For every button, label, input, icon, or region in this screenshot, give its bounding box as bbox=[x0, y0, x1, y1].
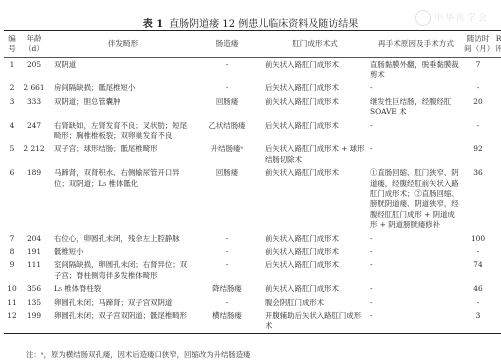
cell-reoperation: - bbox=[366, 310, 463, 334]
cell-stoma: 升结肠瘘ᵃ bbox=[193, 143, 261, 167]
cell-rintala bbox=[493, 310, 501, 334]
cell-malformation: 卵圆孔未闭；双子宫双阴道；骶尾椎畸形 bbox=[48, 310, 193, 334]
table-row: 3333双阴道；胆总管囊肿回肠瘘前矢状入路肛门成形术继发性巨结肠，经腹经肛 SO… bbox=[4, 95, 501, 119]
cell-malformation: 马蹄肾，双肾积水、右侧输尿管开口异位；双阴道；L₅ 椎体骶化 bbox=[48, 167, 193, 232]
header-rintala: Rintala 评分(分) bbox=[493, 31, 501, 58]
cell-followup: 3 bbox=[463, 310, 493, 334]
cell-surgery: 前矢状入路肛门成形术 bbox=[261, 58, 366, 82]
cell-stoma: - bbox=[193, 296, 261, 309]
table-row: 4247右肾缺如，左肾发育不良；叉状肋；短尾畸形；胸椎椎板裂；双卵巢发育不良乙状… bbox=[4, 119, 501, 143]
table-row: 8191骶椎短小-前矢状入路肛门成形术--- bbox=[4, 246, 501, 259]
cell-malformation: 双子宫；球形结肠；骶尾椎畸形 bbox=[48, 143, 193, 167]
cell-malformation: 右肾缺如，左肾发育不良；叉状肋；短尾畸形；胸椎椎板裂；双卵巢发育不良 bbox=[48, 119, 193, 143]
table-row: 11135卵圆孔未闭；马蹄肾；双子宫双阴道-腹会阴肛门成形术--- bbox=[4, 296, 501, 309]
cell-rintala: 20 bbox=[493, 283, 501, 296]
cell-age: 2 661 bbox=[20, 82, 48, 95]
cell-followup: - bbox=[463, 119, 493, 143]
cell-followup: 36 bbox=[463, 167, 493, 232]
cell-no: 9 bbox=[4, 259, 20, 283]
cell-malformation: 室间隔缺损，卵圆孔未闭；右肾异位；双子宫；脊柱侧弯伴多发椎体畸形 bbox=[48, 259, 193, 283]
cell-stoma: - bbox=[193, 232, 261, 245]
table-title: 直肠阴道瘘 12 例患儿临床资料及随访结果 bbox=[169, 19, 358, 30]
header-age: 年龄（d） bbox=[20, 31, 48, 58]
cell-followup: 74 bbox=[463, 259, 493, 283]
cell-surgery: 后矢状入路肛门成形术 + 球形结肠切除术 bbox=[261, 143, 366, 167]
table-row: 52 212双子宫；球形结肠；骶尾椎畸形升结肠瘘ᵃ后矢状入路肛门成形术 + 球形… bbox=[4, 143, 501, 167]
cell-rintala: 1 bbox=[493, 143, 501, 167]
cell-age: 205 bbox=[20, 58, 48, 82]
cell-age: 135 bbox=[20, 296, 48, 309]
cell-reoperation: - bbox=[366, 296, 463, 309]
cell-followup: - bbox=[463, 296, 493, 309]
cell-reoperation: 继发性巨结肠，经腹经肛 SOAVE 术 bbox=[366, 95, 463, 119]
header-surgery: 肛门成形术式 bbox=[261, 31, 366, 58]
cell-followup: - bbox=[463, 82, 493, 95]
header-row: 编号 年龄（d） 伴发畸形 肠造瘘 肛门成形术式 再手术原因及手术方式 随访时间… bbox=[4, 31, 501, 58]
cell-followup: 92 bbox=[463, 143, 493, 167]
header-malformation: 伴发畸形 bbox=[48, 31, 193, 58]
cell-rintala: - bbox=[493, 296, 501, 309]
cell-malformation: L₅ 椎体脊柱裂 bbox=[48, 283, 193, 296]
cell-no: 4 bbox=[4, 119, 20, 143]
cell-no: 5 bbox=[4, 143, 20, 167]
cell-reoperation: - bbox=[366, 232, 463, 245]
table-row: 1205双阴道-前矢状入路肛门成形术直肠黏膜外翻，脱垂黏膜裁剪术7- bbox=[4, 58, 501, 82]
cell-surgery: 前矢状入路肛门成形术 bbox=[261, 95, 366, 119]
header-followup: 随访时间（月） bbox=[463, 31, 493, 58]
table-row: 9111室间隔缺损，卵圆孔未闭；右肾异位；双子宫；脊柱侧弯伴多发椎体畸形-后矢状… bbox=[4, 259, 501, 283]
cell-surgery: 后矢状入路肛门成形术 bbox=[261, 259, 366, 283]
cell-followup: 7 bbox=[463, 58, 493, 82]
cell-stoma: - bbox=[193, 58, 261, 82]
cell-malformation: 卵圆孔未闭；马蹄肾；双子宫双阴道 bbox=[48, 296, 193, 309]
cell-age: 111 bbox=[20, 259, 48, 283]
cell-reoperation: - bbox=[366, 259, 463, 283]
cell-malformation: 双阴道 bbox=[48, 58, 193, 82]
table-label: 表 1 bbox=[143, 19, 163, 30]
cell-malformation: 右位心，卵圆孔未闭，残余左上腔静脉 bbox=[48, 232, 193, 245]
header-reoperation: 再手术原因及手术方式 bbox=[366, 31, 463, 58]
cell-surgery: 开腹辅助后矢状入路肛门成形术 bbox=[261, 310, 366, 334]
cell-surgery: 前矢状入路肛门成形术 bbox=[261, 167, 366, 232]
cell-no: 10 bbox=[4, 283, 20, 296]
table-row: 10356L₅ 椎体脊柱裂降结肠瘘前矢状入路肛门成形术-4620 bbox=[4, 283, 501, 296]
cell-reoperation: ①直肠回缩、肛门狭窄、阴道瘘，经腹经肛前矢状入路肛门成形术；②直肠回缩、膀胱阴道… bbox=[366, 167, 463, 232]
cell-rintala: - bbox=[493, 119, 501, 143]
header-no: 编号 bbox=[4, 31, 20, 58]
cell-age: 2 212 bbox=[20, 143, 48, 167]
cell-malformation: 房间隔缺损；骶尾椎短小 bbox=[48, 82, 193, 95]
cell-age: 356 bbox=[20, 283, 48, 296]
cell-stoma: 乙状结肠瘘 bbox=[193, 119, 261, 143]
cell-age: 247 bbox=[20, 119, 48, 143]
cell-no: 3 bbox=[4, 95, 20, 119]
cell-surgery: 前矢状入路肛门成形术 bbox=[261, 232, 366, 245]
cell-reoperation: - bbox=[366, 283, 463, 296]
cell-age: 191 bbox=[20, 246, 48, 259]
cell-no: 11 bbox=[4, 296, 20, 309]
cell-followup: - bbox=[463, 246, 493, 259]
table-row: 7204右位心，卵圆孔未闭，残余左上腔静脉-前矢状入路肛门成形术-10019 bbox=[4, 232, 501, 245]
cell-no: 6 bbox=[4, 167, 20, 232]
cell-reoperation: - bbox=[366, 119, 463, 143]
table-row: 12199卵圆孔未闭；双子宫双阴道；骶尾椎畸形横结肠瘘开腹辅助后矢状入路肛门成形… bbox=[4, 310, 501, 334]
cell-stoma: - bbox=[193, 259, 261, 283]
cell-malformation: 骶椎短小 bbox=[48, 246, 193, 259]
cell-no: 2 bbox=[4, 82, 20, 95]
table-caption: 表 1直肠阴道瘘 12 例患儿临床资料及随访结果 bbox=[0, 15, 501, 30]
cell-malformation: 双阴道；胆总管囊肿 bbox=[48, 95, 193, 119]
cell-surgery: 后矢状入路肛门成形术 bbox=[261, 82, 366, 95]
cell-reoperation: - bbox=[366, 143, 463, 167]
cell-no: 1 bbox=[4, 58, 20, 82]
cell-reoperation: - bbox=[366, 246, 463, 259]
cell-age: 199 bbox=[20, 310, 48, 334]
header-stoma: 肠造瘘 bbox=[193, 31, 261, 58]
cell-rintala: - bbox=[493, 246, 501, 259]
cell-reoperation: 直肠黏膜外翻，脱垂黏膜裁剪术 bbox=[366, 58, 463, 82]
cell-followup: 46 bbox=[463, 283, 493, 296]
cell-rintala: - bbox=[493, 167, 501, 232]
cell-surgery: 后矢状入路肛门成形术 bbox=[261, 119, 366, 143]
cell-surgery: 腹会阴肛门成形术 bbox=[261, 296, 366, 309]
cell-rintala: 19 bbox=[493, 232, 501, 245]
cell-stoma: 回肠瘘 bbox=[193, 167, 261, 232]
cell-rintala: - bbox=[493, 82, 501, 95]
cell-stoma: - bbox=[193, 82, 261, 95]
cell-no: 7 bbox=[4, 232, 20, 245]
table-row: 6189马蹄肾，双肾积水、右侧输尿管开口异位；双阴道；L₅ 椎体骶化回肠瘘前矢状… bbox=[4, 167, 501, 232]
cell-surgery: 前矢状入路肛门成形术 bbox=[261, 246, 366, 259]
table-row: 22 661房间隔缺损；骶尾椎短小-后矢状入路肛门成形术--- bbox=[4, 82, 501, 95]
cell-no: 12 bbox=[4, 310, 20, 334]
cell-rintala: - bbox=[493, 58, 501, 82]
cell-surgery: 前矢状入路肛门成形术 bbox=[261, 283, 366, 296]
cell-rintala: 13 bbox=[493, 259, 501, 283]
cell-age: 204 bbox=[20, 232, 48, 245]
cell-rintala: 13 bbox=[493, 95, 501, 119]
cell-stoma: 降结肠瘘 bbox=[193, 283, 261, 296]
cell-followup: 20 bbox=[463, 95, 493, 119]
cell-no: 8 bbox=[4, 246, 20, 259]
table-note: 注：ᵃ，原为横结肠双孔瘘，因术后造瘘口狭窄，回缩改为升结肠造瘘 bbox=[26, 349, 251, 360]
cell-followup: 100 bbox=[463, 232, 493, 245]
cell-reoperation: - bbox=[366, 82, 463, 95]
cell-stoma: 回肠瘘 bbox=[193, 95, 261, 119]
cell-stoma: 横结肠瘘 bbox=[193, 310, 261, 334]
cell-age: 189 bbox=[20, 167, 48, 232]
data-table: 编号 年龄（d） 伴发畸形 肠造瘘 肛门成形术式 再手术原因及手术方式 随访时间… bbox=[4, 30, 501, 334]
cell-stoma: - bbox=[193, 246, 261, 259]
cell-age: 333 bbox=[20, 95, 48, 119]
